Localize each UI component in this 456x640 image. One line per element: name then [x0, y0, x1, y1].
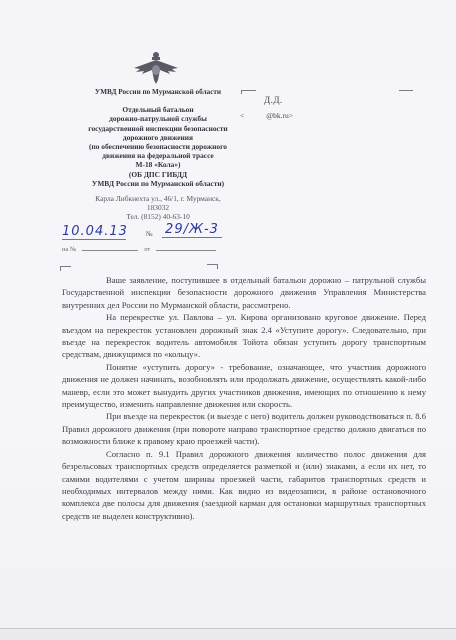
- unit-line: М-18 «Кола»): [62, 160, 254, 169]
- body-paragraph: Понятие «уступить дорогу» - требование, …: [62, 361, 426, 411]
- postal-code: 183032: [62, 203, 254, 212]
- recipient-name: Д.Д.: [264, 95, 283, 105]
- phone-number: Тел. (8152) 40-63-10: [62, 212, 254, 221]
- letter-page: УМВД России по Мурманской области Отдель…: [0, 0, 456, 640]
- unit-abbreviation: (ОБ ДПС ГИБДД: [62, 170, 254, 179]
- unit-line: государственной инспекции безопасности: [62, 124, 254, 133]
- handwritten-reg-number: 29/Ж-3: [162, 222, 222, 238]
- registration-line: 10.04.13 № 29/Ж-3: [62, 226, 242, 242]
- address-corner-mark: [399, 90, 413, 94]
- ref-from-label: от: [144, 246, 150, 253]
- organization-name: УМВД России по Мурманской области: [62, 88, 254, 97]
- body-paragraph: На перекрестке ул. Павлова – ул. Кирова …: [62, 311, 426, 361]
- ref-number-label: на №: [62, 246, 76, 253]
- unit-line: Отдельный батальон: [62, 105, 254, 114]
- recipient-email: <@bk.ru>: [240, 111, 293, 120]
- number-label: №: [146, 230, 153, 238]
- email-bracket: <: [240, 111, 244, 120]
- letterhead: УМВД России по Мурманской области Отдель…: [62, 88, 254, 222]
- subject-corner-mark: [207, 264, 218, 269]
- body-paragraph: Согласно п. 9.1 Правил дорожного движени…: [62, 448, 426, 522]
- unit-line: дорожного движения: [62, 133, 254, 142]
- unit-line: дорожно-патрульной службы: [62, 114, 254, 123]
- body-paragraph: Ваше заявление, поступившее в отдельный …: [62, 274, 426, 311]
- subject-corner-mark: [60, 266, 71, 271]
- unit-line: движения на федеральной трассе: [62, 151, 254, 160]
- address-corner-mark: [241, 90, 256, 94]
- body-paragraph: При въезде на перекресток (и выезде с не…: [62, 410, 426, 447]
- unit-line: (по обеспечению безопасности дорожного: [62, 142, 254, 151]
- reference-line: на №от: [62, 246, 216, 253]
- scan-bottom-edge: [0, 628, 456, 640]
- handwritten-date: 10.04.13: [62, 224, 126, 240]
- address-line: Карла Либкнехта ул., 46/1, г. Мурманск,: [62, 194, 254, 203]
- ref-date-blank: [156, 250, 216, 251]
- parent-organization: УМВД России по Мурманской области): [62, 179, 254, 188]
- eagle-emblem-icon: [130, 50, 182, 86]
- email-domain: @bk.ru>: [266, 111, 293, 120]
- ref-number-blank: [82, 250, 138, 251]
- letter-body: Ваше заявление, поступившее в отдельный …: [62, 274, 426, 522]
